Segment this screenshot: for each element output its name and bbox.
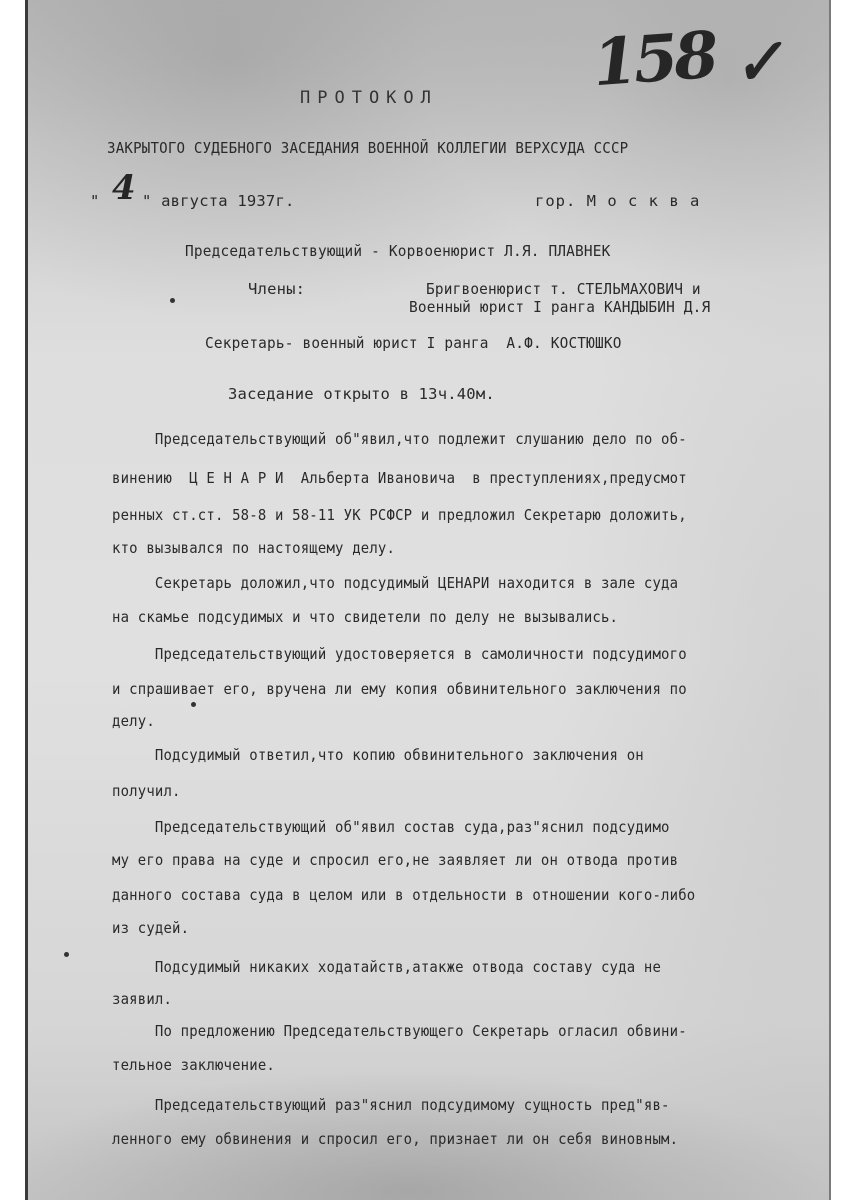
protocol-line: Председательствующий раз"яснил подсудимо… [112,1096,670,1114]
handwritten-checkmark-icon: ✓ [729,26,786,101]
secretary: Секретарь- военный юрист I ранга А.Ф. КО… [205,334,622,352]
member-2: Военный юрист I ранга КАНДЫБИН Д.Я [409,298,710,316]
member-1: Бригвоенюрист т. СТЕЛЬМАХОВИЧ и [426,280,701,298]
protocol-line: и спрашивает его, вручена ли ему копия о… [112,680,687,698]
protocol-line: из судей. [112,919,189,937]
scanned-page-background: 158 ✓ ПРОТОКОЛ ЗАКРЫТОГО СУДЕБНОГО ЗАСЕД… [0,0,848,1200]
protocol-line: Подсудимый ответил,что копию обвинительн… [112,746,644,764]
date-text: " августа 1937г. [142,192,295,210]
protocol-line: кто вызывался по настоящему делу. [112,539,395,557]
handwritten-page-number: 158 [591,18,718,101]
date-quote-open: " [90,192,100,210]
protocol-line: ренных ст.ст. 58-8 и 58-11 УК РСФСР и пр… [112,506,687,524]
presiding-judge: Председательствующий - Корвоенюрист Л.Я.… [185,242,611,260]
stray-mark [191,702,196,707]
protocol-line: По предложению Председательствующего Сек… [112,1022,687,1040]
protocol-line: данного состава суда в целом или в отдел… [112,886,695,904]
protocol-line: получил. [112,782,181,800]
stray-mark [64,952,69,957]
protocol-line: Подсудимый никаких ходатайств,атакже отв… [112,958,661,976]
session-opened: Заседание открыто в 13ч.40м. [228,385,495,403]
protocol-line: делу. [112,712,155,730]
protocol-line: заявил. [112,990,172,1008]
handwritten-date-day: 4 [112,168,136,208]
protocol-line: тельное заключение. [112,1056,275,1074]
protocol-line: Секретарь доложил,что подсудимый ЦЕНАРИ … [112,574,678,592]
place-text: гор. М о с к в а [535,192,700,210]
protocol-line: му его права на суде и спросил его,не за… [112,851,678,869]
protocol-line: винению Ц Е Н А Р И Альберта Ивановича в… [112,469,687,487]
protocol-line: Председательствующий об"явил,что подлежи… [112,430,687,448]
protocol-line: ленного ему обвинения и спросил его, при… [112,1130,678,1148]
protocol-line: Председательствующий удостоверяется в са… [112,645,687,663]
document-subtitle: ЗАКРЫТОГО СУДЕБНОГО ЗАСЕДАНИЯ ВОЕННОЙ КО… [107,139,628,157]
document-sheet: 158 ✓ ПРОТОКОЛ ЗАКРЫТОГО СУДЕБНОГО ЗАСЕД… [25,0,831,1200]
members-label: Члены: [248,280,305,298]
protocol-line: Председательствующий об"явил состав суда… [112,818,670,836]
document-title: ПРОТОКОЛ [300,88,438,108]
stray-mark [170,298,175,303]
protocol-line: на скамье подсудимых и что свидетели по … [112,608,618,626]
